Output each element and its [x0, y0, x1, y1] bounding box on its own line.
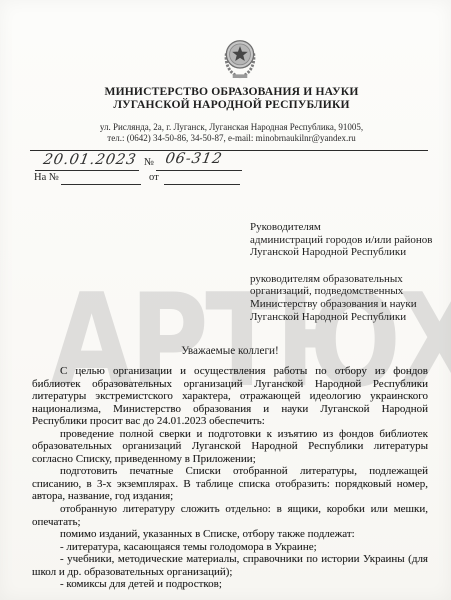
- letterhead-divider: [30, 150, 428, 151]
- incoming-number-label: На №: [34, 172, 59, 183]
- ministry-name-line1: МИНИСТЕРСТВО ОБРАЗОВАНИЯ И НАУКИ: [6, 85, 451, 98]
- address-line: ул. Рислянда, 2а, г. Луганск, Луганская …: [6, 122, 451, 133]
- outgoing-number-underline: [156, 170, 242, 171]
- letter-body: С целью организации и осуществления рабо…: [32, 365, 428, 591]
- incoming-number-underline: [61, 184, 141, 185]
- addressee-line: организаций, подведомственных: [250, 285, 435, 298]
- addressee-line: Луганской Народной Республики: [250, 311, 435, 324]
- addressee-line: Луганской Народной Республики: [250, 246, 435, 259]
- body-paragraph: - литература, касающаяся темы голодомора…: [32, 541, 428, 554]
- outgoing-date-underline: [35, 170, 139, 171]
- outgoing-date-handwritten: 20.01.2023: [42, 152, 138, 168]
- number-sign-label: №: [144, 157, 154, 168]
- addressee-line: Руководителям: [250, 221, 435, 234]
- ministry-name-line2: ЛУГАНСКОЙ НАРОДНОЙ РЕСПУБЛИКИ: [6, 98, 451, 111]
- outgoing-number-handwritten: 06-312: [164, 151, 224, 167]
- addressee-line: администраций городов и/или районов: [250, 234, 435, 247]
- addressee-group-administrations: Руководителям администраций городов и/ил…: [250, 221, 435, 259]
- body-paragraph: - комиксы для детей и подростков;: [32, 578, 428, 591]
- salutation: Уважаемые коллеги!: [32, 345, 428, 357]
- addressee-group-organizations: руководителям образовательных организаци…: [250, 273, 435, 323]
- incoming-date-underline: [164, 184, 240, 185]
- body-paragraph: проведение полной сверки и подготовки к …: [32, 428, 428, 466]
- body-paragraph: - учебники, методические материалы, спра…: [32, 553, 428, 578]
- scanned-letter-page: АРТЮХ МИНИСТЕРСТВО ОБРАЗОВАНИЯ И НАУКИ Л…: [0, 0, 451, 600]
- body-paragraph: отобранную литературу сложить отдельно: …: [32, 503, 428, 528]
- addressee-line: Министерству образования и науки: [250, 298, 435, 311]
- body-paragraph: С целью организации и осуществления рабо…: [32, 365, 428, 428]
- incoming-date-label: от: [149, 172, 159, 183]
- addressee-line: руководителям образовательных: [250, 273, 435, 286]
- body-paragraph: подготовить печатные Списки отобранной л…: [32, 465, 428, 503]
- body-paragraph: помимо изданий, указанных в Списке, отбо…: [32, 528, 428, 541]
- addressee-block: Руководителям администраций городов и/ил…: [250, 221, 435, 323]
- contacts-line: тел.: (0642) 34-50-86, 34-50-87, e-mail:…: [6, 133, 451, 144]
- lnr-coat-of-arms-icon: [220, 37, 260, 79]
